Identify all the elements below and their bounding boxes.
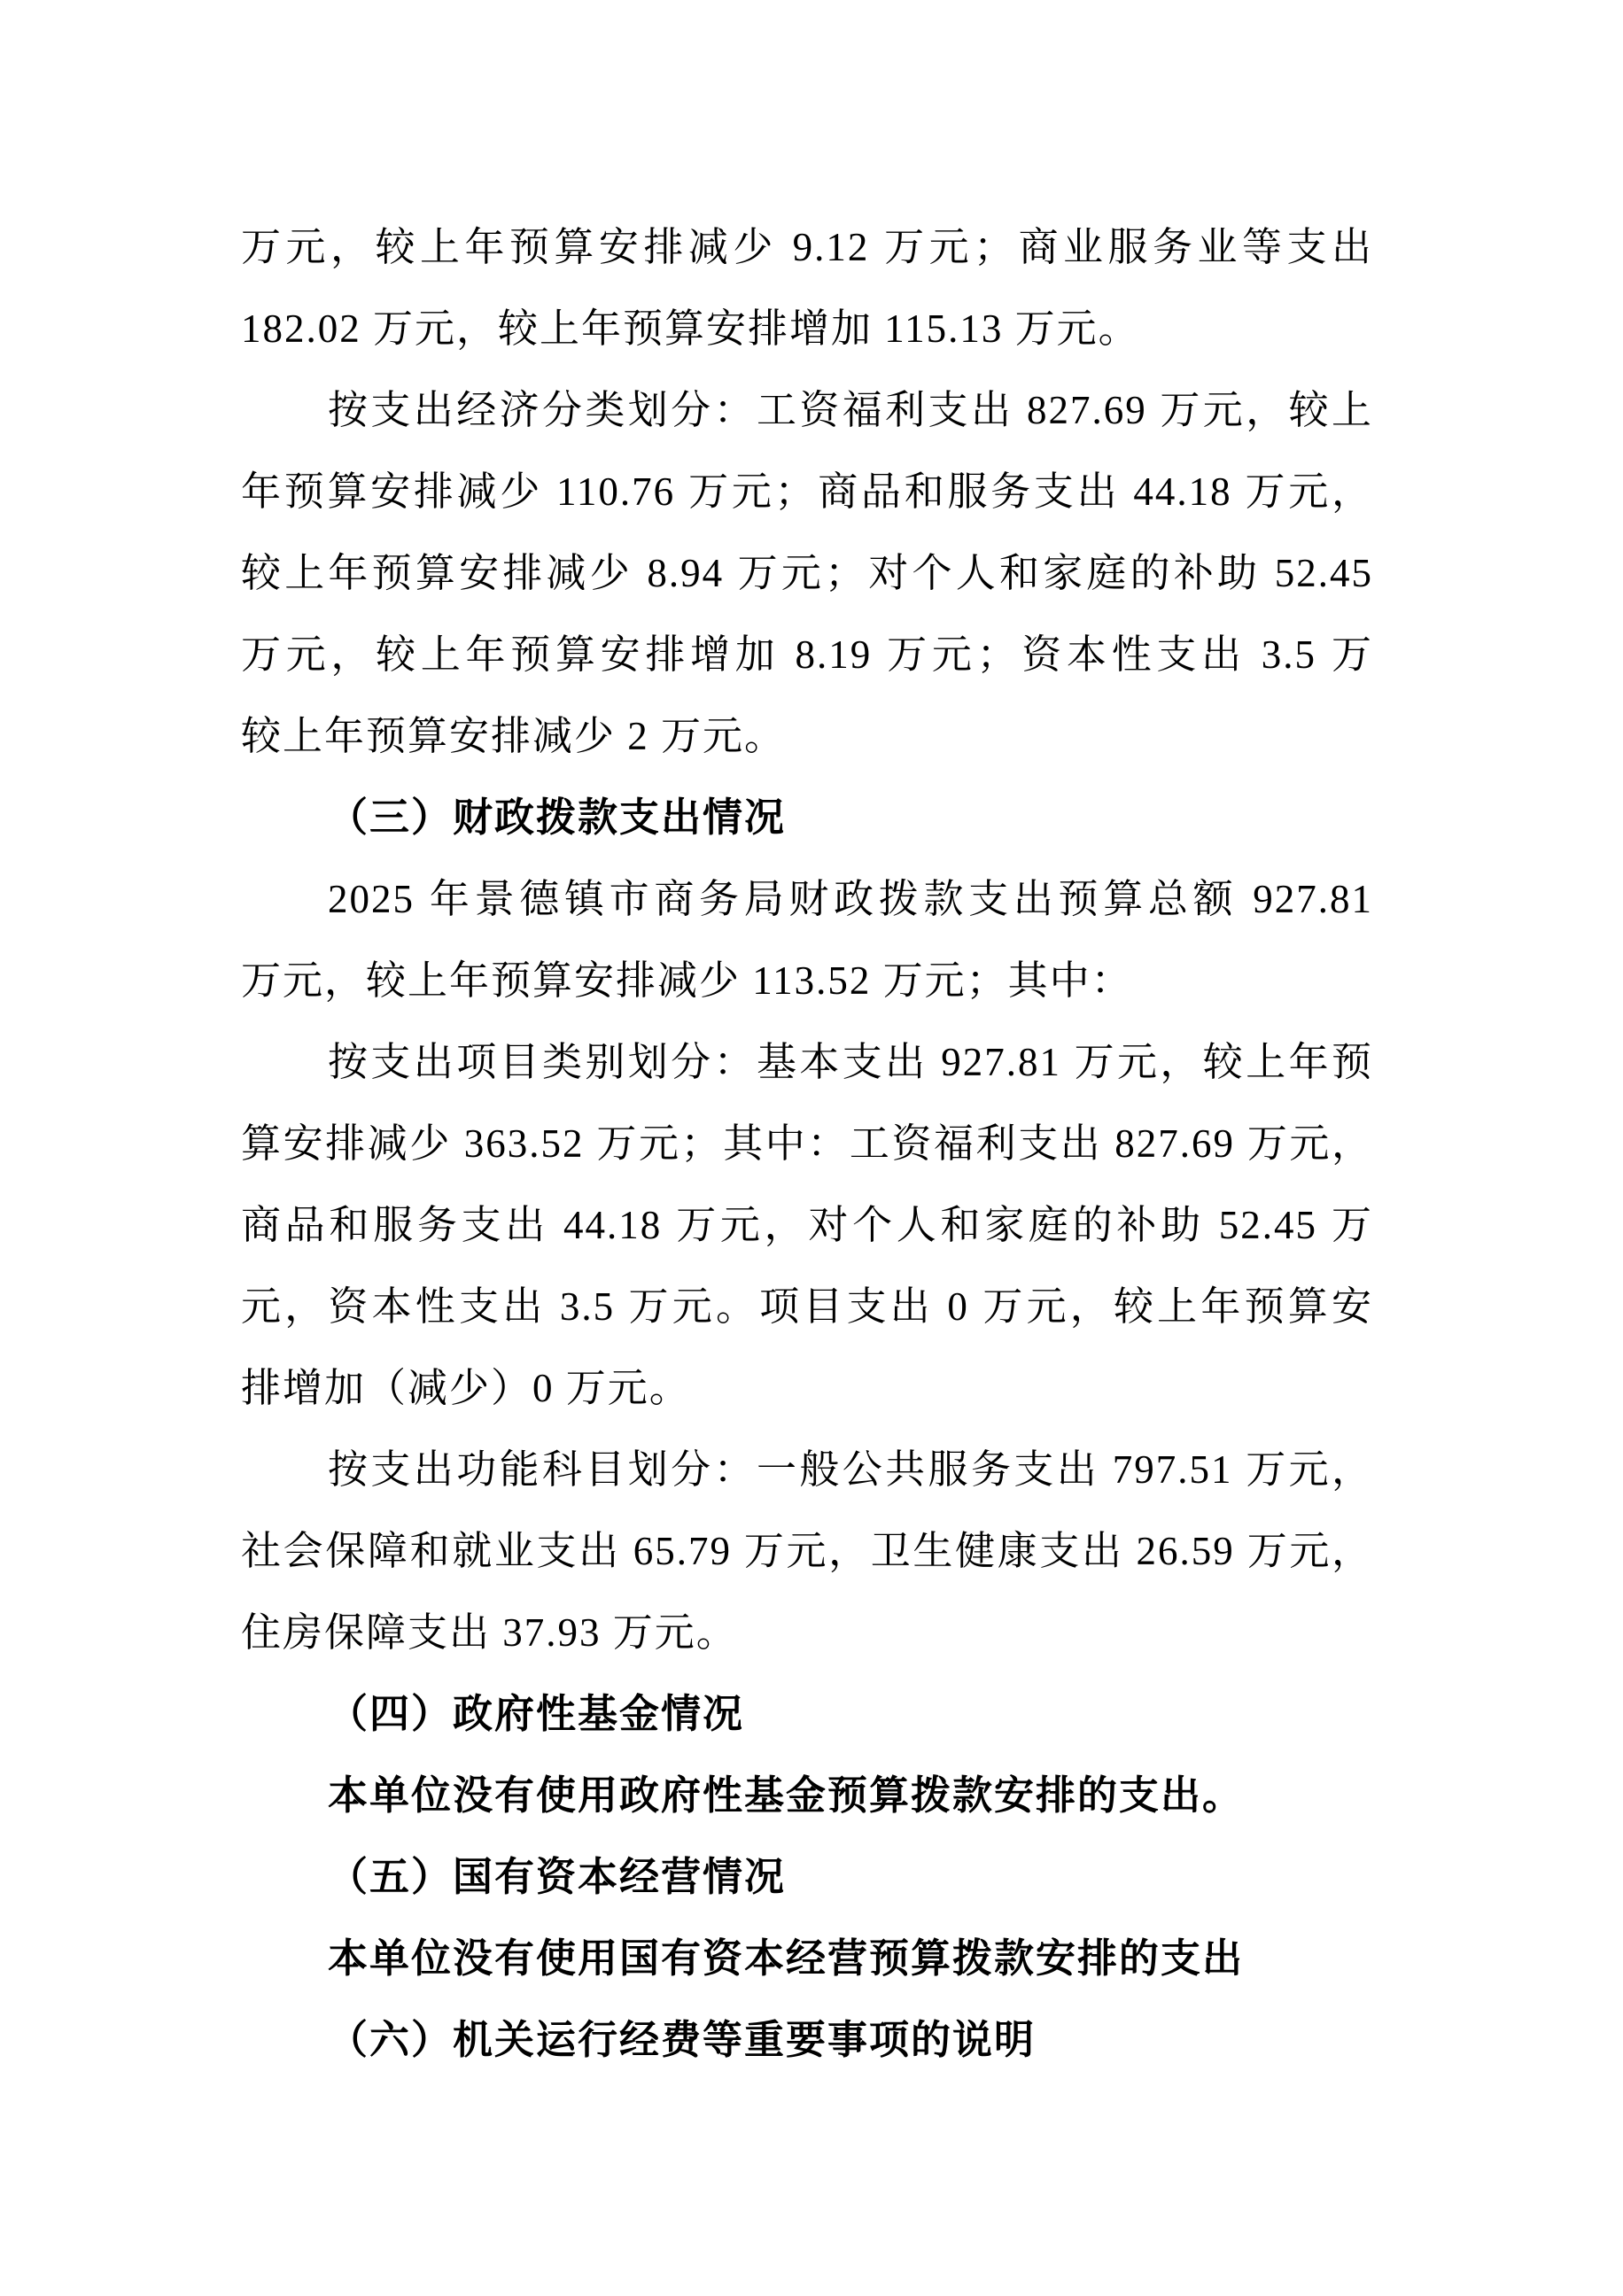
statement-state-capital: 本单位没有使用国有资本经营预算拨款安排的支出 bbox=[241, 1918, 1373, 1999]
document-text-block: 万元，较上年预算安排减少 9.12 万元；商业服务业等支出 182.02 万元，… bbox=[241, 206, 1373, 2081]
body-line-5: 较上年预算安排减少 8.94 万元；对个人和家庭的补助 52.45 bbox=[241, 532, 1373, 614]
heading-section-4: （四）政府性基金情况 bbox=[241, 1673, 1373, 1755]
body-line-4: 年预算安排减少 110.76 万元；商品和服务支出 44.18 万元， bbox=[241, 451, 1373, 532]
heading-section-6: （六）机关运行经费等重要事项的说明 bbox=[241, 1999, 1373, 2081]
body-line-2: 182.02 万元，较上年预算安排增加 115.13 万元。 bbox=[241, 288, 1373, 369]
body-line-6: 万元，较上年预算安排增加 8.19 万元；资本性支出 3.5 万元， bbox=[241, 614, 1373, 695]
body-line-16: 按支出功能科目划分：一般公共服务支出 797.51 万元， bbox=[241, 1429, 1373, 1510]
body-line-13: 商品和服务支出 44.18 万元，对个人和家庭的补助 52.45 万 bbox=[241, 1184, 1373, 1266]
document-page: 万元，较上年预算安排减少 9.12 万元；商业服务业等支出 182.02 万元，… bbox=[0, 0, 1623, 2296]
body-line-14: 元，资本性支出 3.5 万元。项目支出 0 万元，较上年预算安 bbox=[241, 1266, 1373, 1347]
body-line-9: 2025 年景德镇市商务局财政拨款支出预算总额 927.81 bbox=[241, 858, 1373, 940]
body-line-1: 万元，较上年预算安排减少 9.12 万元；商业服务业等支出 bbox=[241, 206, 1373, 288]
body-line-17: 社会保障和就业支出 65.79 万元，卫生健康支出 26.59 万元， bbox=[241, 1510, 1373, 1592]
body-line-3: 按支出经济分类划分：工资福利支出 827.69 万元，较上 bbox=[241, 369, 1373, 451]
statement-gov-funds: 本单位没有使用政府性基金预算拨款安排的支出。 bbox=[241, 1755, 1373, 1836]
body-line-7: 较上年预算安排减少 2 万元。 bbox=[241, 695, 1373, 777]
heading-section-5: （五）国有资本经营情况 bbox=[241, 1836, 1373, 1918]
body-line-15: 排增加（减少）0 万元。 bbox=[241, 1347, 1373, 1429]
body-line-12: 算安排减少 363.52 万元；其中：工资福利支出 827.69 万元， bbox=[241, 1103, 1373, 1184]
heading-section-3: （三）财政拨款支出情况 bbox=[241, 777, 1373, 858]
body-line-11: 按支出项目类别划分：基本支出 927.81 万元，较上年预 bbox=[241, 1021, 1373, 1103]
body-line-18: 住房保障支出 37.93 万元。 bbox=[241, 1592, 1373, 1673]
body-line-10: 万元，较上年预算安排减少 113.52 万元；其中： bbox=[241, 940, 1373, 1021]
